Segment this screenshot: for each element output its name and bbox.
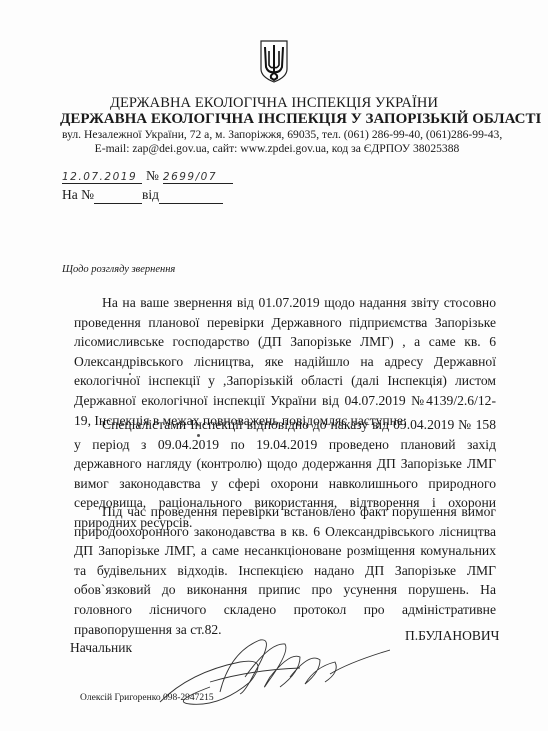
letter-subject: Щодо розгляду звернення — [62, 264, 175, 275]
body-paragraph: Під час проведення перевірки встановлено… — [74, 502, 496, 639]
registration-line: 12.07.2019 № 2699/07 — [62, 167, 233, 185]
reply-to-label: На № — [62, 187, 94, 202]
trident-coat-of-arms-icon — [259, 39, 289, 83]
ministry-name: ДЕРЖАВНА ЕКОЛОГІЧНА ІНСПЕКЦІЯ УКРАЇНИ — [40, 95, 508, 112]
reply-reference-line: На № від — [62, 187, 223, 204]
office-address: вул. Незалежної України, 72 а, м. Запорі… — [62, 128, 492, 141]
scan-speck — [197, 434, 200, 437]
registration-number: 2699/07 — [163, 171, 233, 184]
reply-to-date-blank — [159, 187, 223, 204]
signatory-name: П.БУЛАНОВИЧ — [405, 628, 499, 644]
body-paragraph: На на ваше звернення від 01.07.2019 щодо… — [74, 293, 496, 430]
letter-page: ДЕРЖАВНА ЕКОЛОГІЧНА ІНСПЕКЦІЯ УКРАЇНИ ДЕ… — [0, 0, 548, 731]
signatory-title: Начальник — [70, 640, 132, 656]
scan-speck — [129, 373, 131, 375]
reply-to-number-blank — [94, 187, 142, 204]
office-contacts: E-mail: zap@dei.gov.ua, сайт: www.zpdei.… — [62, 142, 492, 155]
number-label: № — [146, 168, 159, 183]
registration-date: 12.07.2019 — [62, 171, 142, 184]
executor-contact: Олексій Григоренко 098-2947215 — [80, 693, 214, 703]
from-label: від — [142, 187, 159, 202]
office-name: ДЕРЖАВНА ЕКОЛОГІЧНА ІНСПЕКЦІЯ У ЗАПОРІЗЬ… — [60, 111, 480, 128]
